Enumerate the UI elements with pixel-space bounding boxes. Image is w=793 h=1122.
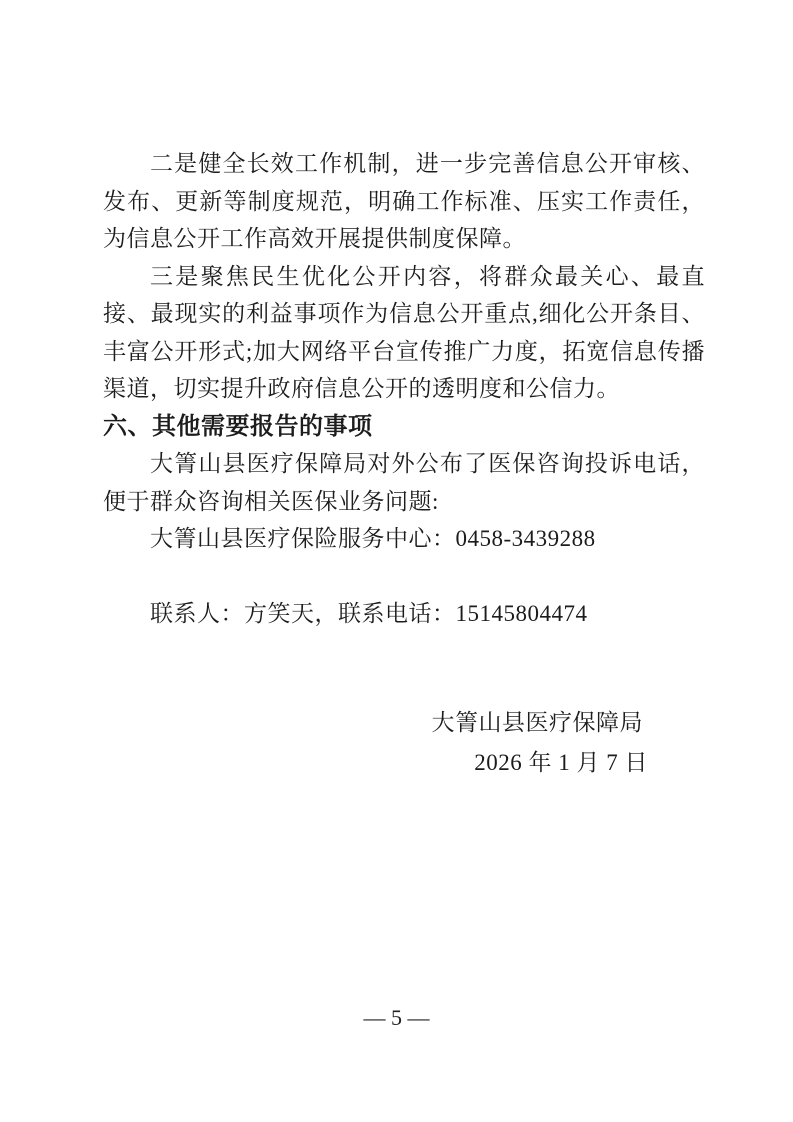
- signature-block: 大箐山县医疗保障局 2026 年 1 月 7 日: [103, 703, 705, 783]
- page-footer: — 5 —: [0, 1003, 793, 1033]
- signature-date: 2026 年 1 月 7 日: [103, 743, 705, 783]
- paragraph-livelihood-content: 三是聚焦民生优化公开内容，将群众最关心、最直接、最现实的利益事项作为信息公开重点…: [103, 258, 705, 408]
- document-body: 二是健全长效工作机制，进一步完善信息公开审核、发布、更新等制度规范，明确工作标准…: [0, 0, 793, 783]
- paragraph-hotline-announcement: 大箐山县医疗保障局对外公布了医保咨询投诉电话，便于群众咨询相关医保业务问题:: [103, 445, 705, 520]
- contact-service-center-line: 大箐山县医疗保险服务中心：0458-3439288: [103, 520, 705, 558]
- paragraph-long-term-mechanism: 二是健全长效工作机制，进一步完善信息公开审核、发布、更新等制度规范，明确工作标准…: [103, 145, 705, 258]
- contact-person-line: 联系人：方笑天，联系电话：15145804474: [103, 595, 705, 633]
- page-number: — 5 —: [364, 1005, 430, 1030]
- signature-organization: 大箐山县医疗保障局: [103, 703, 705, 743]
- document-page: 二是健全长效工作机制，进一步完善信息公开审核、发布、更新等制度规范，明确工作标准…: [0, 0, 793, 1122]
- section-heading-other-matters: 六、其他需要报告的事项: [103, 408, 705, 446]
